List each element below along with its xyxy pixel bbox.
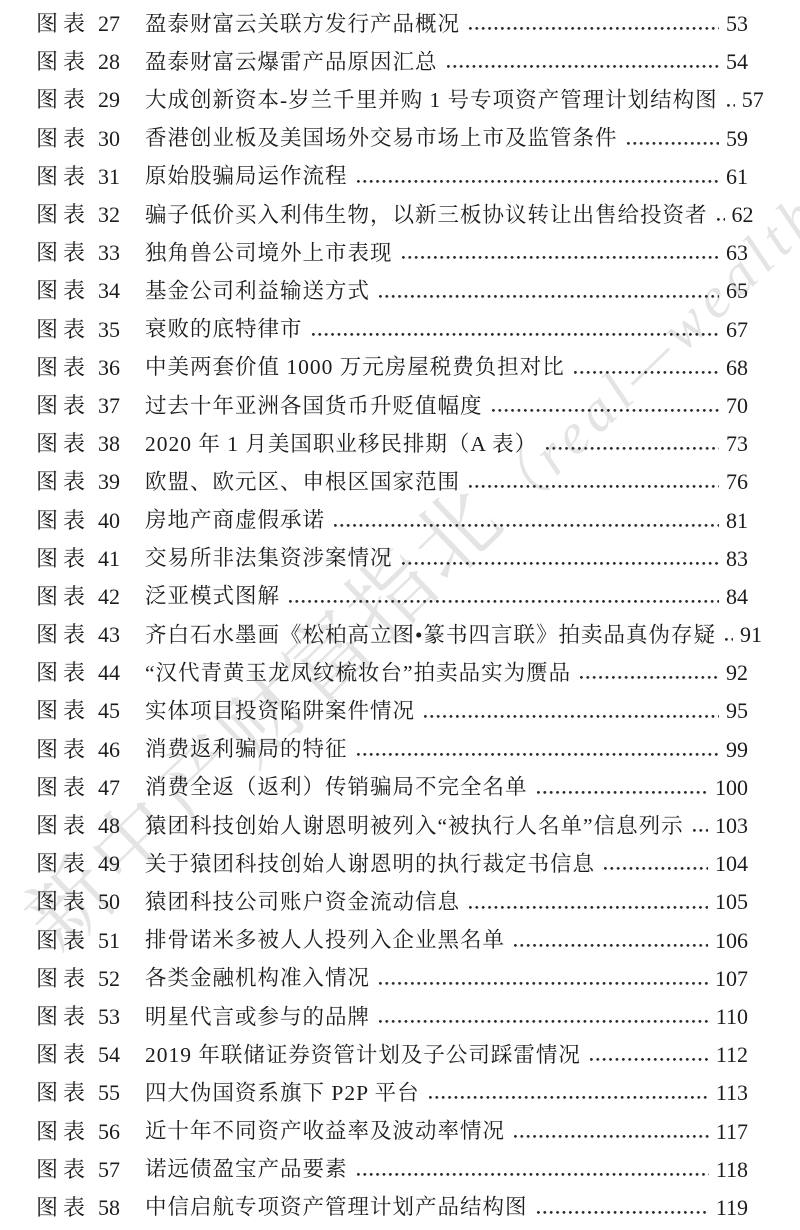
figure-number: 50 [98,890,132,913]
toc-entry: 图表 40 房地产商虚假承诺 81 [36,499,748,537]
page-number: 117 [716,1120,748,1143]
page-number: 54 [726,50,748,73]
figure-label: 图表 [36,88,90,111]
figure-title: 欧盟、欧元区、申根区国家范围 [145,471,460,494]
figure-title: 猿团科技创始人谢恩明被列入“被执行人名单”信息列示 [145,815,684,838]
dot-leader [546,447,719,450]
figure-label: 图表 [36,814,90,837]
figure-title: 骗子低价买入利伟生物，以新三板协议转让出售给投资者 [145,204,708,227]
figure-title: 猿团科技公司账户资金流动信息 [145,891,460,914]
dot-leader [334,524,719,527]
figure-title: “汉代青黄玉龙凤纹梳妆台”拍卖品实为赝品 [145,662,571,685]
figure-label: 图表 [36,470,90,493]
page-number: 61 [726,165,748,188]
figure-number: 53 [98,1005,132,1028]
dot-leader [590,1058,709,1061]
page-number: 105 [715,890,748,913]
page-number: 63 [726,241,748,264]
toc-entry: 图表 57 诺远债盈宝产品要素 118 [36,1149,748,1187]
figure-title: 2020 年 1 月美国职业移民排期（A 表） [145,433,537,456]
figure-number: 51 [98,929,132,952]
figure-title: 房地产商虚假承诺 [145,509,325,532]
figure-number: 36 [98,356,132,379]
page-number: 73 [726,432,748,455]
figure-label: 图表 [36,1196,90,1219]
dot-leader [693,829,708,832]
page-number: 104 [715,852,748,875]
toc-entry: 图表 46 消费返利骗局的特征 99 [36,729,748,767]
dot-leader [514,1135,709,1138]
figure-number: 38 [98,432,132,455]
figure-label: 图表 [36,279,90,302]
figure-number: 29 [98,88,132,111]
figure-number: 27 [98,12,132,35]
toc-entry: 图表 50 猿团科技公司账户资金流动信息 105 [36,881,748,919]
dot-leader [604,867,708,870]
figure-number: 42 [98,585,132,608]
figure-title: 独角兽公司境外上市表现 [145,242,393,265]
page-number: 112 [716,1043,748,1066]
toc-entry: 图表 37 过去十年亚洲各国货币升贬值幅度 70 [36,385,748,423]
page-number: 107 [715,967,748,990]
figure-number: 47 [98,776,132,799]
figure-label: 图表 [36,661,90,684]
figure-number: 39 [98,470,132,493]
figure-label: 图表 [36,699,90,722]
toc-entry: 图表 28 盈泰财富云爆雷产品原因汇总 54 [36,41,748,79]
dot-leader [514,944,708,947]
figure-label: 图表 [36,356,90,379]
figure-title: 四大伪国资系旗下 P2P 平台 [145,1082,420,1105]
figure-title: 明星代言或参与的品牌 [145,1006,370,1029]
figure-number: 58 [98,1196,132,1219]
dot-leader [357,753,719,756]
toc-entry: 图表 34 基金公司利益输送方式 65 [36,270,748,308]
dot-leader [379,295,719,298]
toc-entry: 图表 53 明星代言或参与的品牌 110 [36,996,748,1034]
toc-entry: 图表 32 骗子低价买入利伟生物，以新三板协议转让出售给投资者 62 [36,194,748,232]
dot-leader [447,65,719,68]
toc-entry: 图表 49 关于猿团科技创始人谢恩明的执行裁定书信息 104 [36,843,748,881]
figure-label: 图表 [36,318,90,341]
toc-entry: 图表 48 猿团科技创始人谢恩明被列入“被执行人名单”信息列示 103 [36,805,748,843]
page-number: 59 [726,127,748,150]
toc-entry: 图表 54 2019 年联储证券资管计划及子公司踩雷情况 112 [36,1034,748,1072]
dot-leader [402,562,719,565]
page-number: 57 [742,88,764,111]
figure-label: 图表 [36,1005,90,1028]
page-number: 92 [726,661,748,684]
figure-label: 图表 [36,509,90,532]
figure-title: 过去十年亚洲各国货币升贬值幅度 [145,395,483,418]
figure-label: 图表 [36,776,90,799]
page-number: 84 [726,585,748,608]
figure-label: 图表 [36,623,90,646]
dot-leader [469,27,719,30]
toc-entry: 图表 44 “汉代青黄玉龙凤纹梳妆台”拍卖品实为赝品 92 [36,652,748,690]
figure-number: 56 [98,1120,132,1143]
toc-entry: 图表 39 欧盟、欧元区、申根区国家范围 76 [36,461,748,499]
toc-entry: 图表 38 2020 年 1 月美国职业移民排期（A 表） 73 [36,423,748,461]
toc-entry: 图表 30 香港创业板及美国场外交易市场上市及监管条件 59 [36,118,748,156]
figure-title: 近十年不同资产收益率及波动率情况 [145,1120,505,1143]
figure-title: 消费全返（返利）传销骗局不完全名单 [145,776,528,799]
toc-entry: 图表 33 独角兽公司境外上市表现 63 [36,232,748,270]
page-number: 65 [726,279,748,302]
figure-number: 43 [98,623,132,646]
dot-leader [717,218,725,221]
figure-number: 30 [98,127,132,150]
figure-label: 图表 [36,127,90,150]
figure-label: 图表 [36,241,90,264]
figure-label: 图表 [36,50,90,73]
dot-leader [627,142,719,145]
figure-title: 实体项目投资陷阱案件情况 [145,700,415,723]
figure-label: 图表 [36,394,90,417]
figure-number: 35 [98,318,132,341]
dot-leader [580,676,719,679]
page-number: 106 [715,929,748,952]
toc-entry: 图表 58 中信启航专项资产管理计划产品结构图 119 [36,1187,748,1225]
toc-entry: 图表 45 实体项目投资陷阱案件情况 95 [36,690,748,728]
figure-label: 图表 [36,967,90,990]
figure-toc-list: 图表 27 盈泰财富云关联方发行产品概况 53 图表 28 盈泰财富云爆雷产品原… [0,0,800,1225]
figure-number: 40 [98,509,132,532]
page-number: 99 [726,738,748,761]
page-number: 68 [726,356,748,379]
figure-number: 41 [98,547,132,570]
figure-label: 图表 [36,1043,90,1066]
dot-leader [289,600,719,603]
toc-entry: 图表 29 大成创新资本-岁兰千里并购 1 号专项资产管理计划结构图 57 [36,79,748,117]
toc-entry: 图表 31 原始股骗局运作流程 61 [36,156,748,194]
page-number: 53 [726,12,748,35]
toc-entry: 图表 35 衰败的底特律市 67 [36,309,748,347]
figure-number: 49 [98,852,132,875]
figure-label: 图表 [36,890,90,913]
figure-title: 2019 年联储证券资管计划及子公司踩雷情况 [145,1044,581,1067]
toc-entry: 图表 56 近十年不同资产收益率及波动率情况 117 [36,1110,748,1148]
figure-title: 原始股骗局运作流程 [145,165,348,188]
figure-number: 57 [98,1158,132,1181]
dot-leader [424,715,719,718]
figure-title: 消费返利骗局的特征 [145,738,348,761]
figure-title: 基金公司利益输送方式 [145,280,370,303]
figure-label: 图表 [36,165,90,188]
page-number: 91 [740,623,762,646]
figure-title: 中信启航专项资产管理计划产品结构图 [145,1196,528,1219]
toc-entry: 图表 55 四大伪国资系旗下 P2P 平台 113 [36,1072,748,1110]
dot-leader [429,1096,709,1099]
figure-title: 齐白石水墨画《松柏高立图•篆书四言联》拍卖品真伪存疑 [145,624,716,647]
toc-entry: 图表 47 消费全返（返利）传销骗局不完全名单 100 [36,767,748,805]
figure-title: 中美两套价值 1000 万元房屋税费负担对比 [145,356,565,379]
figure-title: 盈泰财富云爆雷产品原因汇总 [145,51,438,74]
page-number: 83 [726,547,748,570]
figure-number: 45 [98,699,132,722]
figure-number: 52 [98,967,132,990]
dot-leader [312,333,719,336]
page-number: 100 [715,776,748,799]
toc-entry: 图表 42 泛亚模式图解 84 [36,576,748,614]
figure-title: 关于猿团科技创始人谢恩明的执行裁定书信息 [145,853,595,876]
figure-number: 34 [98,279,132,302]
page-number: 95 [726,699,748,722]
figure-title: 泛亚模式图解 [145,585,280,608]
dot-leader [537,791,708,794]
figure-label: 图表 [36,852,90,875]
toc-entry: 图表 51 排骨诺米多被人人投列入企业黑名单 106 [36,920,748,958]
figure-number: 28 [98,50,132,73]
dot-leader [469,485,719,488]
dot-leader [379,1020,709,1023]
figure-label: 图表 [36,547,90,570]
figure-label: 图表 [36,12,90,35]
figure-title: 香港创业板及美国场外交易市场上市及监管条件 [145,127,618,150]
page-number: 118 [716,1158,748,1181]
toc-entry: 图表 41 交易所非法集资涉案情况 83 [36,538,748,576]
figure-number: 46 [98,738,132,761]
figure-title: 盈泰财富云关联方发行产品概况 [145,13,460,36]
figure-number: 48 [98,814,132,837]
figure-title: 各类金融机构准入情况 [145,967,370,990]
figure-number: 44 [98,661,132,684]
toc-entry: 图表 36 中美两套价值 1000 万元房屋税费负担对比 68 [36,347,748,385]
figure-label: 图表 [36,1081,90,1104]
dot-leader [469,906,708,909]
toc-entry: 图表 43 齐白石水墨画《松柏高立图•篆书四言联》拍卖品真伪存疑 91 [36,614,748,652]
dot-leader [727,104,735,107]
dot-leader [725,638,733,641]
figure-number: 55 [98,1081,132,1104]
page-number: 113 [716,1081,748,1104]
page-number: 70 [726,394,748,417]
toc-entry: 图表 27 盈泰财富云关联方发行产品概况 53 [36,3,748,41]
dot-leader [379,982,708,985]
figure-number: 32 [98,203,132,226]
figure-title: 诺远债盈宝产品要素 [145,1158,348,1181]
page-number: 62 [732,203,754,226]
figure-label: 图表 [36,738,90,761]
dot-leader [357,1173,709,1176]
dot-leader [537,1211,709,1214]
figure-label: 图表 [36,1158,90,1181]
dot-leader [357,180,719,183]
figure-title: 排骨诺米多被人人投列入企业黑名单 [145,929,505,952]
figure-title: 交易所非法集资涉案情况 [145,547,393,570]
page-number: 119 [716,1196,748,1219]
figure-label: 图表 [36,203,90,226]
document-page: 新中产财富指北（real—wealth） 图表 27 盈泰财富云关联方发行产品概… [0,0,800,1230]
figure-number: 31 [98,165,132,188]
dot-leader [492,409,719,412]
figure-label: 图表 [36,585,90,608]
figure-title: 衰败的底特律市 [145,318,303,341]
figure-title: 大成创新资本-岁兰千里并购 1 号专项资产管理计划结构图 [145,89,718,112]
page-number: 103 [715,814,748,837]
page-number: 76 [726,470,748,493]
page-number: 110 [716,1005,748,1028]
toc-entry: 图表 52 各类金融机构准入情况 107 [36,958,748,996]
figure-label: 图表 [36,929,90,952]
page-number: 67 [726,318,748,341]
figure-number: 33 [98,241,132,264]
figure-label: 图表 [36,432,90,455]
figure-number: 37 [98,394,132,417]
figure-number: 54 [98,1043,132,1066]
dot-leader [402,256,719,259]
dot-leader [574,371,719,374]
page-number: 81 [726,509,748,532]
figure-label: 图表 [36,1120,90,1143]
